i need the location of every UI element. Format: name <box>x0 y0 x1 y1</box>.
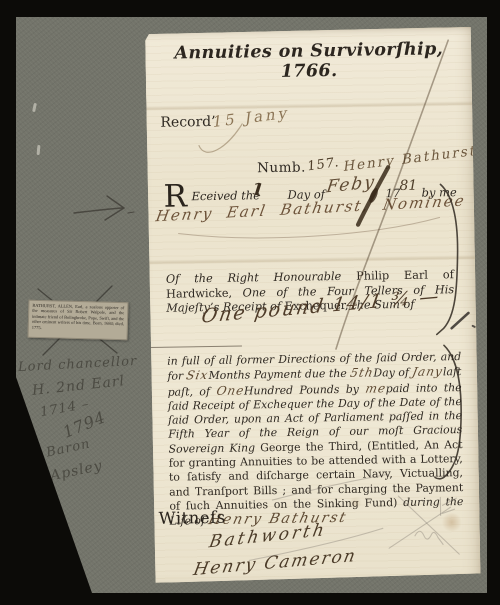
paper-stain <box>441 513 463 531</box>
handwritten-me: me <box>364 381 387 396</box>
witness-label: Witneſs <box>158 508 225 528</box>
paper-fold-line <box>149 255 476 265</box>
para2-seg: Hundred Pounds by <box>244 382 366 397</box>
record-label: Record’ <box>160 114 215 131</box>
number-handwritten-value: 157. <box>307 155 340 175</box>
pencil-note-2nd-earl: H. 2nd Earl <box>31 373 125 399</box>
pencil-note-lord-chancellor: Lord chancellor <box>18 354 138 375</box>
handwritten-six: Six <box>185 368 210 383</box>
number-handwritten-name: Henry Bathurst <box>342 143 477 176</box>
newspaper-clipping: BATHURST, ALLEN, Earl, a zealous opposer… <box>28 300 129 341</box>
document-title: Annuities on Survivorſhip, 1766. <box>145 39 473 84</box>
handwritten-january: Jany <box>411 365 444 380</box>
paragraph-act: in full of all former Directions of the … <box>167 350 464 529</box>
pencil-note-baron: Baron <box>45 437 92 461</box>
para2-seg: Day of <box>373 366 412 380</box>
number-label: Numb. <box>257 159 306 176</box>
handwritten-month: Feby <box>325 172 377 197</box>
divider-rule <box>150 346 242 348</box>
archive-photo: { "colors":{ "background":"#0c0b08","alb… <box>0 0 500 605</box>
handwritten-day: 1 <box>249 179 266 202</box>
para1-seg: Of the Right Honourable <box>166 270 356 286</box>
pencil-tick-dot <box>473 326 475 327</box>
para2-seg: Months Payment due the <box>208 367 350 382</box>
paper-speck <box>32 103 37 112</box>
handwritten-one: One <box>215 383 245 398</box>
clipping-text: BATHURST, ALLEN, Earl, a zealous opposer… <box>32 303 125 330</box>
paper-fold-line <box>146 101 473 111</box>
pencil-note-apsley: Apsley <box>49 458 104 485</box>
handwritten-year: 81 <box>399 178 417 194</box>
pencil-tick <box>451 313 468 328</box>
annuity-receipt-document: Annuities on Survivorſhip, 1766. Record’… <box>145 27 481 583</box>
handwritten-5th: 5th <box>349 366 375 381</box>
paper-speck <box>37 145 41 155</box>
